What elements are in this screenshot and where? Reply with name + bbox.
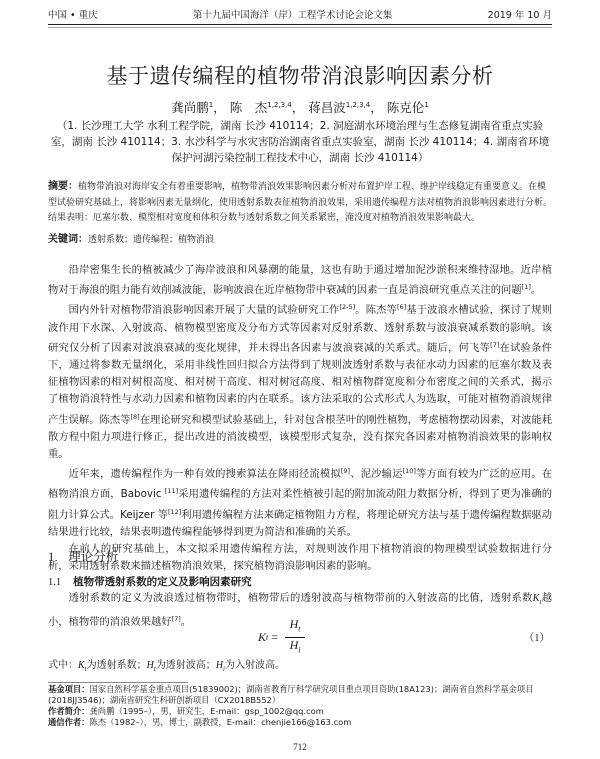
citation-ref: [12] (168, 508, 181, 516)
footnote-corresponding: 通信作者：陈杰（1982–），男，博士，副教授，E-mail：chenjie16… (48, 717, 552, 728)
header-rule (48, 24, 552, 25)
author: 龚尚鹏1 (171, 100, 213, 115)
equation-1: Kt = Ht Hi （1） (0, 620, 600, 654)
keywords-label: 关键词： (48, 234, 88, 245)
affiliations: （1. 长沙理工大学 水利工程学院，湖南 长沙 410114；2. 洞庭湖水环境… (48, 118, 552, 166)
paper-page: 中国 • 重庆 第十九届中国海洋（岸）工程学术讨论会论文集 2019 年 10 … (0, 0, 600, 759)
paragraph: 近年来，遗传编程作为一种有效的搜索算法在降雨径流模拟[9]、泥沙输运[10]等方… (48, 463, 552, 541)
paragraph: 国内外针对植物带消浪影响因素开展了大量的试验研究工作[2-5]。陈杰等[6]基于… (48, 299, 552, 463)
header-proceedings: 第十九届中国海洋（岸）工程学术讨论会论文集 (193, 7, 393, 21)
author: 蒋昌波1,2,3,4 (308, 100, 370, 115)
footnote-funding: 基金项目：国家自然科学基金重点项目(51839002)；湖南省教育厅科学研究项目… (48, 684, 552, 706)
section-heading-1: 1理论分析 (48, 547, 132, 565)
section-heading-1-1: 1.1植物带透射系数的定义及影响因素研究 (48, 574, 252, 589)
equation-number: （1） (524, 630, 550, 645)
variable-definitions: 式中：Kt为透射系数；Ht为透射波高；Hi为入射波高。 (48, 656, 285, 673)
citation-ref: [2-5] (339, 303, 355, 311)
footnotes: 基金项目：国家自然科学基金重点项目(51839002)；湖南省教育厅科学研究项目… (48, 684, 552, 728)
author-list: 龚尚鹏1， 陈 杰1,2,3,4， 蒋昌波1,2,3,4， 陈克伦1 (0, 98, 600, 116)
header-date: 2019 年 10 月 (488, 7, 552, 21)
citation-ref: [11] (165, 487, 178, 495)
header-location: 中国 • 重庆 (48, 7, 98, 21)
citation-ref: [1] (522, 283, 531, 291)
paper-title: 基于遗传编程的植物带消浪影响因素分析 (0, 60, 600, 90)
abstract-text: 植物带消浪对海岸安全有着重要影响，植物带消浪效果影响因素分析对布置护岸工程、维护… (48, 182, 552, 223)
running-header: 中国 • 重庆 第十九届中国海洋（岸）工程学术讨论会论文集 2019 年 10 … (48, 6, 552, 22)
citation-ref: [10] (403, 467, 416, 475)
citation-ref: [9] (341, 467, 350, 475)
author: 陈克伦1 (387, 100, 429, 115)
page-number: 712 (0, 742, 600, 752)
footnote-rule (48, 682, 188, 683)
keywords-text: 透射系数；遗传编程；植物消浪 (88, 235, 214, 245)
keywords: 关键词：透射系数；遗传编程；植物消浪 (48, 230, 552, 245)
citation-ref: [6] (397, 303, 406, 311)
citation-ref: [7] (490, 341, 499, 349)
citation-ref: [8] (130, 413, 139, 421)
paragraph: 沿岸密集生长的植被减少了海岸波浪和风暴潮的能量，这也有助于通过增加泥沙淤积来维持… (48, 262, 552, 299)
footnote-author-bio: 作者简介：龚尚鹏（1995–），男，研究生，E-mail：gsp_1002@qq… (48, 706, 552, 717)
abstract-label: 摘要： (48, 181, 78, 192)
body-paragraphs: 沿岸密集生长的植被减少了海岸波浪和风暴潮的能量，这也有助于通过增加泥沙淤积来维持… (48, 262, 552, 575)
author: 陈 杰1,2,3,4 (230, 100, 292, 115)
header-rule-thin (48, 27, 552, 28)
abstract: 摘要：植物带消浪对海岸安全有着重要影响，植物带消浪效果影响因素分析对布置护岸工程… (48, 179, 552, 227)
